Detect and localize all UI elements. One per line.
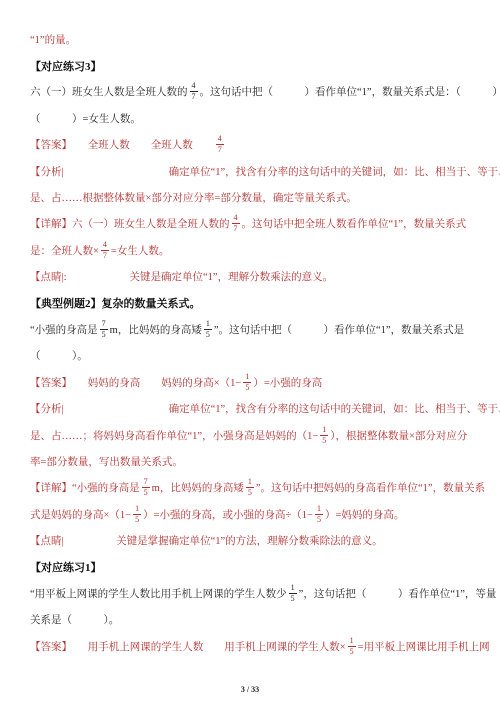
fraction-denominator: 7 [232,223,240,233]
fraction: 47 [216,135,224,154]
fraction-numerator: 1 [204,320,212,329]
text-run: 式是妈妈的身高×（1− [30,507,131,522]
text-run: 是：全班人数× [30,243,99,258]
fraction-numerator: 1 [320,426,328,435]
fraction-numerator: 1 [133,505,141,514]
fraction: 15 [204,320,212,339]
text-run: 【分析| 确定单位“1”，找含有分率的这句话中的关键词，如：比、相当于、等于、 [30,401,500,416]
text-run: ）=小强的身高 [253,375,322,390]
document-line: 【分析| 确定单位“1”，找含有分率的这句话中的关键词，如：比、相当于、等于、 [30,158,474,184]
document-line: 【答案】 全班人数 全班人数 47 [30,132,474,158]
document-line: 是：全班人数×47=女生人数。 [30,237,474,263]
text-run: 关系是（ ）。 [30,612,119,627]
fraction: 15 [133,505,141,524]
text-run: ”。这句话中把（ ）看作单位“1”，数量关系式是 [214,322,464,337]
document-line: 【详解】“小强的身高是75m，比妈妈的身高矮15”。这句话中把妈妈的身高看作单位… [30,475,474,501]
fraction-denominator: 7 [101,250,109,260]
text-run: 【对应练习1】 [30,559,102,575]
fraction-numerator: 7 [142,478,150,487]
fraction-denominator: 5 [315,514,323,524]
document-line: 【分析| 确定单位“1”，找含有分率的这句话中的关键词，如：比、相当于、等于、 [30,395,474,421]
fraction: 15 [243,373,251,392]
text-run: “小强的身高是 [30,322,98,337]
fraction-numerator: 4 [216,135,224,144]
document-line: 是、占……；将妈妈身高看作单位“1”，小强身高是妈妈的（1−15），根据整体数量… [30,422,474,448]
document-page: “1”的量。【对应练习3】六（一）班女生人数是全班人数的47。这句话中把（ ）看… [0,0,500,707]
document-line: “小强的身高是75m，比妈妈的身高矮15”。这句话中把（ ）看作单位“1”，数量… [30,316,474,342]
fraction-denominator: 5 [243,382,251,392]
fraction-numerator: 4 [101,241,109,250]
fraction-numerator: 4 [232,214,240,223]
fraction: 47 [101,241,109,260]
fraction-denominator: 5 [133,514,141,524]
fraction-denominator: 5 [246,487,254,497]
document-line: 率=部分数量，写出数量关系式。 [30,448,474,474]
text-run: 。这句话中把（ ）看作单位“1”，数量关系式是：（ ）× [200,84,500,99]
fraction: 15 [320,426,328,445]
fraction: 75 [142,478,150,497]
fraction: 47 [232,214,240,233]
fraction-numerator: 1 [289,584,297,593]
fraction-numerator: 1 [315,505,323,514]
text-run: 是、占……根据整体数量×部分对应分率=部分数量，确定等量关系式。 [30,190,357,205]
text-run: 是、占……；将妈妈身高看作单位“1”，小强身高是妈妈的（1− [30,428,318,443]
fraction-numerator: 4 [190,82,198,91]
text-run: ”，这句话把（ ）看作单位“1”，等量 [299,586,497,601]
text-run: 【典型例题2】复杂的数量关系式。 [30,295,201,311]
fraction-denominator: 7 [216,144,224,154]
fraction: 75 [100,320,108,339]
document-line: 关系是（ ）。 [30,607,474,633]
text-run: m，比妈妈的身高矮 [152,480,244,495]
document-line: （ ）。 [30,343,474,369]
text-run: 【答案】 用手机上网课的学生人数 用手机上网课的学生人数× [30,639,346,654]
text-run: m，比妈妈的身高矮 [110,322,202,337]
document-line: 式是妈妈的身高×（1−15）=小强的身高，或小强的身高÷（1−15）=妈妈的身高… [30,501,474,527]
fraction: 47 [190,82,198,101]
text-run: 【答案】 妈妈的身高 妈妈的身高×（1− [30,375,241,390]
document-line: 【详解】六（一）班女生人数是全班人数的47。这句话中把全班人数看作单位“1”，数… [30,211,474,237]
document-line: 【对应练习1】 [30,554,474,580]
page-body: “1”的量。【对应练习3】六（一）班女生人数是全班人数的47。这句话中把（ ）看… [0,0,500,659]
text-run: ”。这句话中把妈妈的身高看作单位“1”，数量关系 [256,480,485,495]
document-line: 【点睛|: 关键是确定单位“1”，理解分数乘法的意义。 [30,264,474,290]
text-run: “用平板上网课的学生人数比用手机上网课的学生人数少 [30,586,287,601]
text-run: “1”的量。 [30,32,76,47]
document-line: 【点睛| 关键是掌握确定单位“1”的方法，理解分数乘除法的意义。 [30,527,474,553]
fraction-denominator: 5 [348,646,356,656]
fraction-denominator: 5 [100,329,108,339]
text-run: 六（一）班女生人数是全班人数的 [30,84,188,99]
page-number: 3 / 33 [0,685,500,694]
text-run: ）=小强的身高，或小强的身高÷（1− [143,507,313,522]
text-run: ）=妈妈的身高。 [325,507,404,522]
text-run: ），根据整体数量×部分对应分 [330,428,467,443]
fraction-numerator: 1 [246,478,254,487]
text-run: =女生人数。 [111,243,169,258]
fraction-denominator: 5 [320,435,328,445]
text-run: =用平板上网课比用手机上网 [358,639,490,654]
document-line: “1”的量。 [30,26,474,52]
text-run: 【对应练习3】 [30,58,102,74]
fraction-denominator: 5 [142,487,150,497]
text-run: 【点睛|: 关键是确定单位“1”，理解分数乘法的意义。 [30,269,333,284]
fraction: 15 [246,478,254,497]
fraction: 15 [289,584,297,603]
text-run: 【详解】“小强的身高是 [30,480,140,495]
text-run: 【详解】六（一）班女生人数是全班人数的 [30,216,230,231]
fraction-denominator: 5 [289,593,297,603]
text-run: 率=部分数量，写出数量关系式。 [30,454,183,469]
fraction-denominator: 5 [204,329,212,339]
text-run: 【分析| 确定单位“1”，找含有分率的这句话中的关键词，如：比、相当于、等于、 [30,164,500,179]
fraction-numerator: 7 [100,320,108,329]
document-line: 【典型例题2】复杂的数量关系式。 [30,290,474,316]
fraction: 15 [315,505,323,524]
text-run: （ ）=女生人数。 [30,111,141,126]
document-line: （ ）=女生人数。 [30,105,474,131]
fraction-numerator: 1 [243,373,251,382]
fraction-denominator: 7 [190,91,198,101]
text-run: 。这句话中把全班人数看作单位“1”，数量关系式 [242,216,467,231]
document-line: “用平板上网课的学生人数比用手机上网课的学生人数少15”，这句话把（ ）看作单位… [30,580,474,606]
fraction: 15 [348,637,356,656]
document-line: 【答案】 妈妈的身高 妈妈的身高×（1−15）=小强的身高 [30,369,474,395]
text-run: 【答案】 全班人数 全班人数 [30,137,214,152]
text-run: 【点睛| 关键是掌握确定单位“1”的方法，理解分数乘除法的意义。 [30,533,383,548]
document-line: 【答案】 用手机上网课的学生人数 用手机上网课的学生人数×15=用平板上网课比用… [30,633,474,659]
document-line: 是、占……根据整体数量×部分对应分率=部分数量，确定等量关系式。 [30,184,474,210]
fraction-numerator: 1 [348,637,356,646]
document-line: 六（一）班女生人数是全班人数的47。这句话中把（ ）看作单位“1”，数量关系式是… [30,79,474,105]
text-run: （ ）。 [30,348,88,363]
document-line: 【对应练习3】 [30,52,474,78]
